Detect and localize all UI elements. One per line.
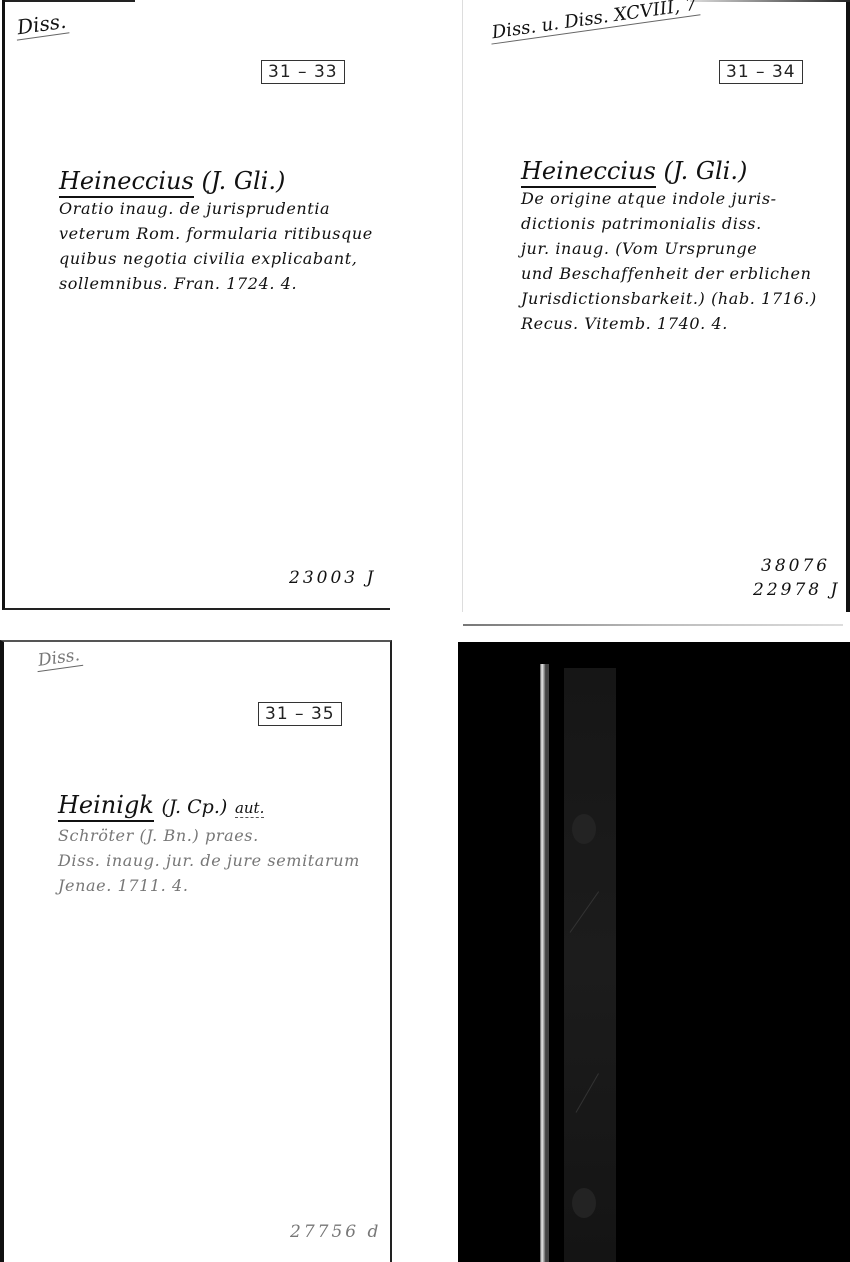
entry-line: quibus negotia civilia explicabant, [59,246,373,271]
card-1-heading: Heineccius (J. Gli.) [59,166,373,196]
entry-line: Oratio inaug. de jurisprudentia [59,196,373,221]
punch-hole-icon [572,814,596,844]
catalog-card-2: Diss. u. Diss. XCVIII, 7 31 – 34 Heinecc… [462,0,850,612]
entry-line: De origine atque indole juris- [521,186,817,211]
author-initials: (J. Gli.) [201,167,285,195]
author-name: Heineccius [521,157,656,188]
author-name: Heineccius [59,167,194,198]
card-2-heading: Heineccius (J. Gli.) [521,156,817,186]
entry-line: Schröter (J. Bn.) praes. [58,823,360,848]
entry-line: und Beschaffenheit der erblichen [521,261,817,286]
author-initials: (J. Gli.) [663,157,747,185]
card-1-entry: Heineccius (J. Gli.) Oratio inaug. de ju… [59,166,373,296]
blank-film-frame [458,642,850,1262]
card-2-accession-number-2: 22978 J [753,580,840,600]
film-strip [564,668,616,1262]
film-edge-rail-shadow [546,664,549,1262]
entry-line: sollemnibus. Fran. 1724. 4. [59,271,373,296]
card-3-call-number: 31 – 35 [258,702,342,726]
card-2-call-number: 31 – 34 [719,60,803,84]
entry-line: Diss. inaug. jur. de jure semitarum [58,848,360,873]
entry-line: veterum Rom. formularia ritibusque [59,221,373,246]
entry-line: Recus. Vitemb. 1740. 4. [521,311,817,336]
author-initials: (J. Cp.) [162,796,228,818]
entry-line: Jurisdictionsbarkeit.) (hab. 1716.) [521,286,817,311]
catalog-card-3: Diss. 31 – 35 Heinigk (J. Cp.) aut. Schr… [0,640,392,1262]
author-name: Heinigk [58,791,154,822]
entry-line: dictionis patrimonialis diss. [521,211,817,236]
entry-line: Jenae. 1711. 4. [58,873,360,898]
author-role: aut. [235,799,264,818]
card-3-heading: Heinigk (J. Cp.) aut. [58,790,360,823]
card-3-accession-number: 27756 d [290,1222,381,1242]
card-3-entry: Heinigk (J. Cp.) aut. Schröter (J. Bn.) … [58,790,360,898]
card-1-top-mark: Diss. [14,8,70,40]
entry-line: jur. inaug. (Vom Ursprunge [521,236,817,261]
card-1-accession-number: 23003 J [289,568,376,588]
card-edge [690,0,850,2]
punch-hole-icon [572,1188,596,1218]
catalog-card-1: Diss. 31 – 33 Heineccius (J. Gli.) Orati… [2,0,390,610]
card-2-accession-number-1: 38076 [761,556,830,576]
card-1-call-number: 31 – 33 [261,60,345,84]
card-2-entry: Heineccius (J. Gli.) De origine atque in… [521,156,817,336]
card-2-top-mark: Diss. u. Diss. XCVIII, 7 [488,0,700,45]
card-3-top-mark: Diss. [35,645,83,672]
